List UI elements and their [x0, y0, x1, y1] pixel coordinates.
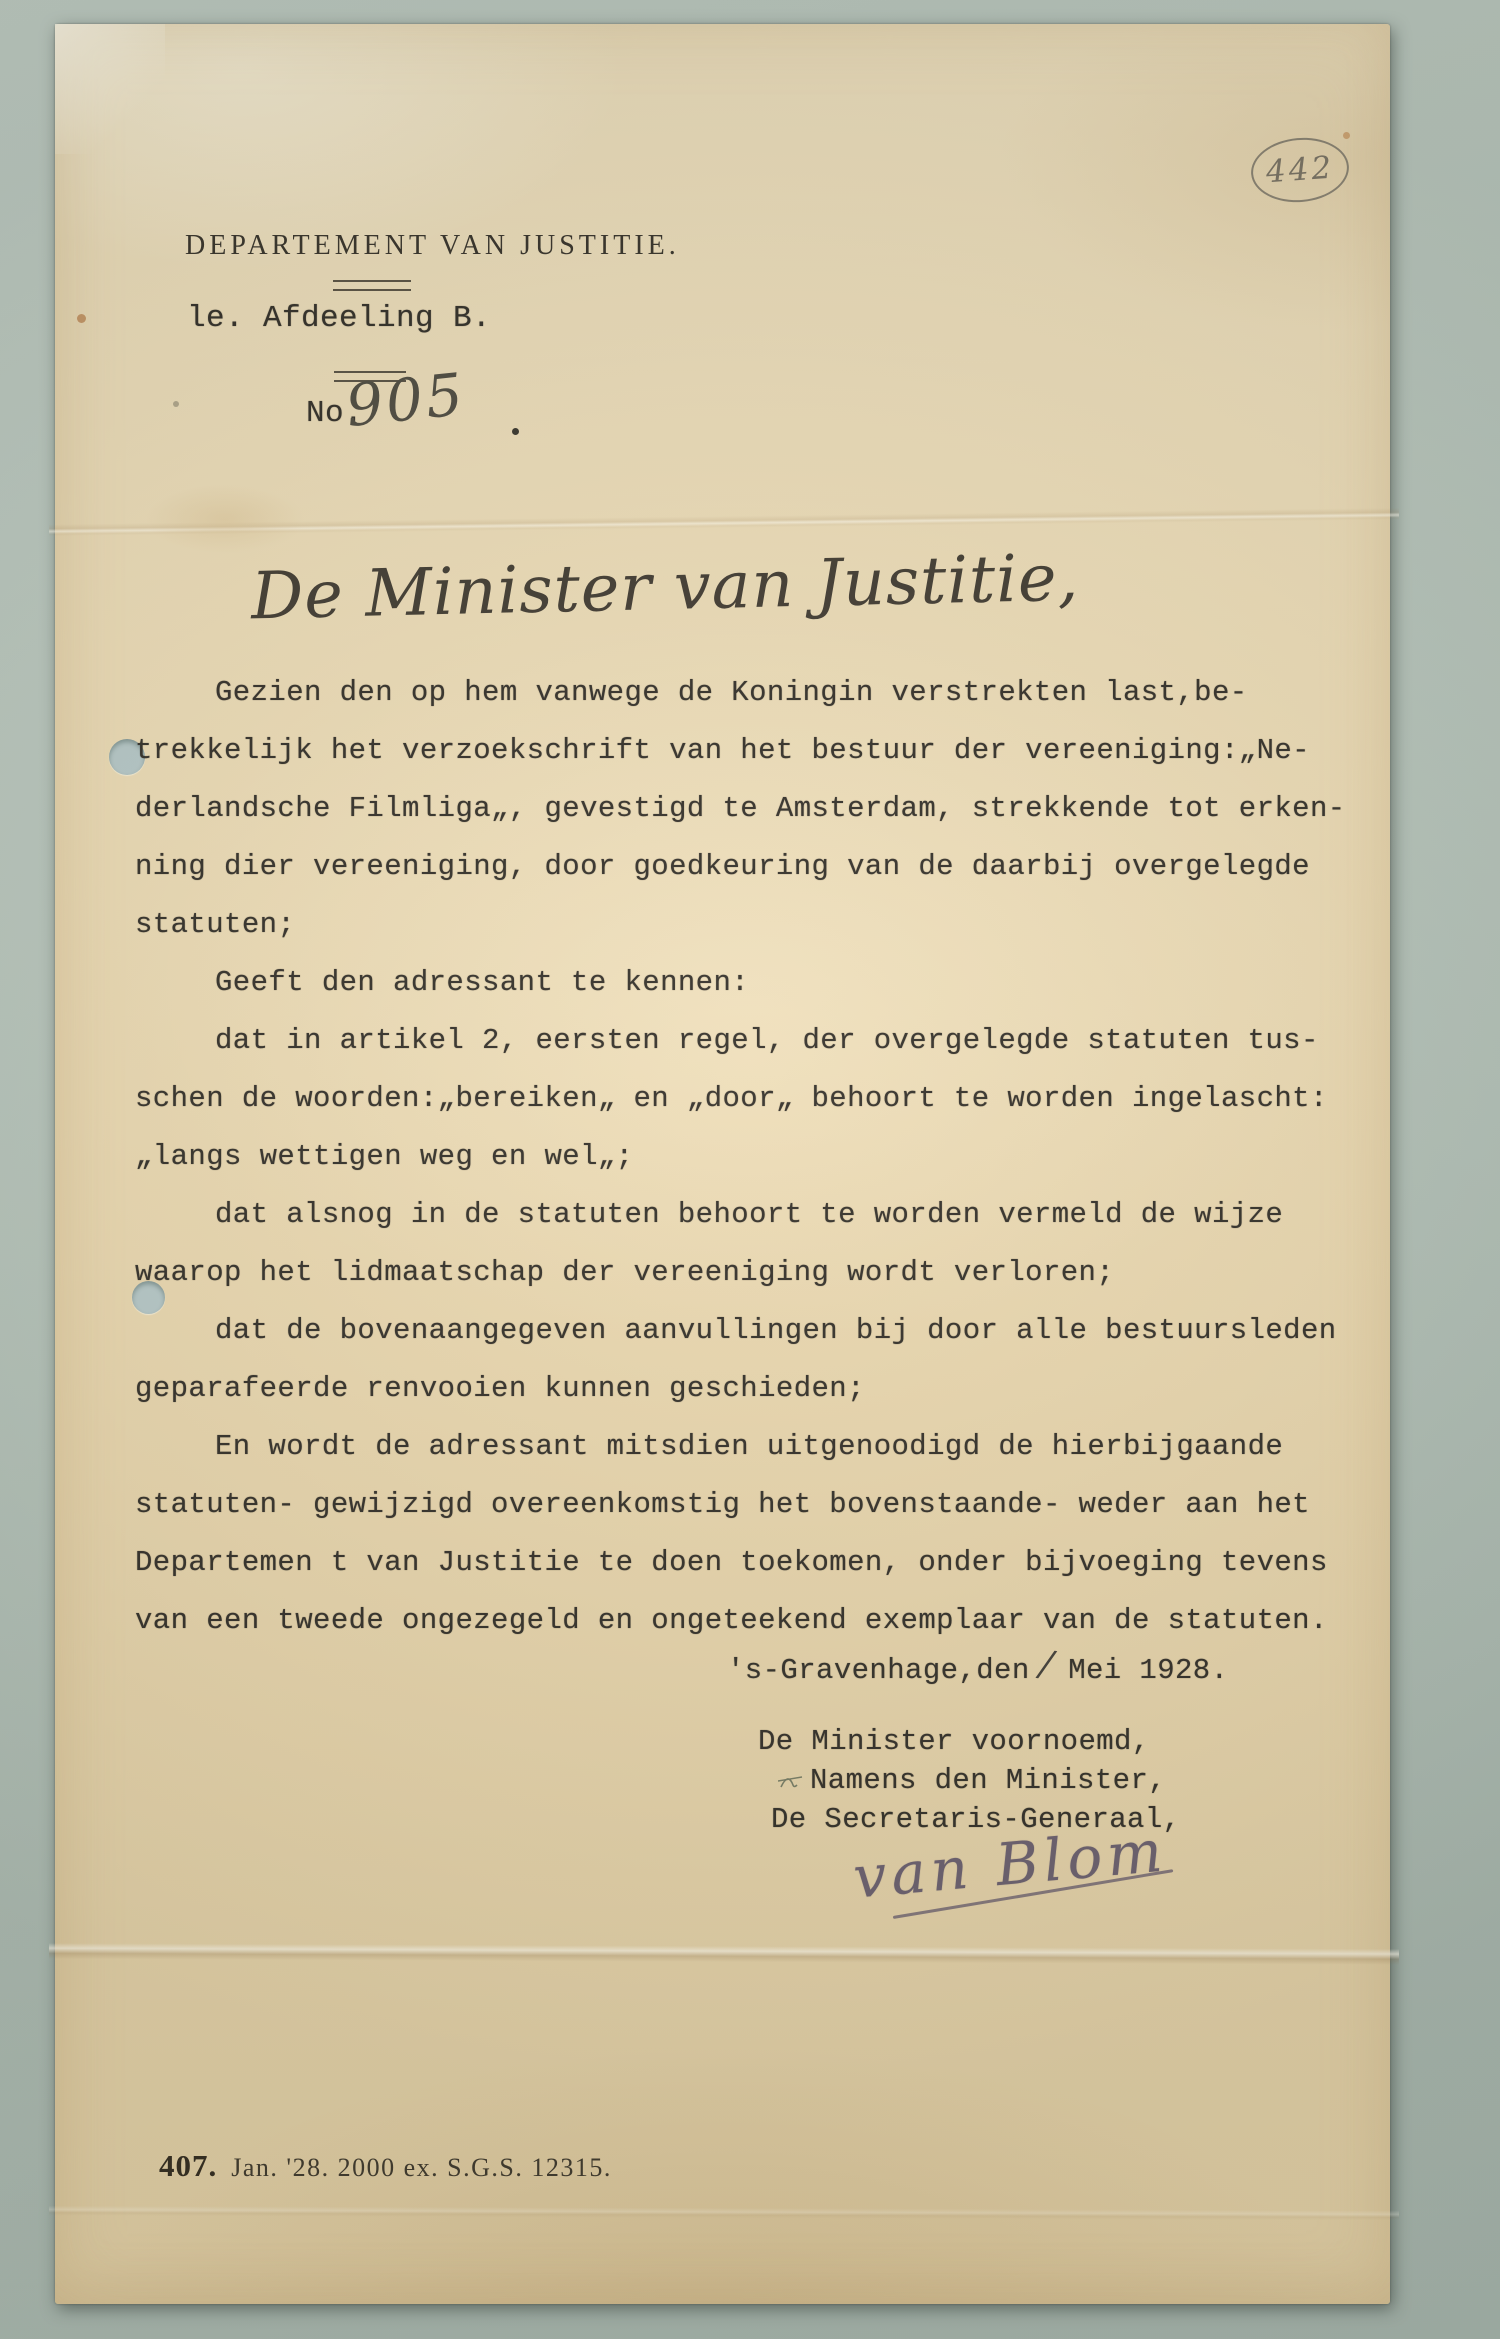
body-line: dat alsnog in de statuten behoort te wor… [135, 1186, 1385, 1244]
body-line: geparafeerde renvooien kunnen geschieden… [135, 1360, 1385, 1418]
salutation-title: De Minister van Justitie, [250, 541, 1080, 635]
body-line: Geeft den adressant te kennen: [135, 954, 1385, 1012]
body-line: Departemen t van Justitie te doen toekom… [135, 1534, 1385, 1592]
body-line: En wordt de adressant mitsdien uitgenood… [135, 1418, 1385, 1476]
dateline-month-year: Mei 1928. [1068, 1654, 1228, 1687]
body-line: statuten- gewijzigd overeenkomstig het b… [135, 1476, 1385, 1534]
dateline-place: 's-Gravenhage,den [727, 1654, 1030, 1687]
paper-crease-bottom [49, 2206, 1399, 2221]
body-line: van een tweede ongezegeld en ongeteekend… [135, 1592, 1385, 1650]
body-lines: Gezien den op hem vanwege de Koningin ve… [135, 664, 1385, 1650]
age-stain [173, 401, 179, 407]
archive-number: 442 [1265, 150, 1336, 191]
dateline-day-mark: / [1037, 1643, 1055, 1685]
closing-line-1: De Minister voornoemd, [758, 1722, 1180, 1761]
footer-form-number: 407. [159, 2148, 217, 2183]
body-line: dat in artikel 2, eersten regel, der ove… [135, 1012, 1385, 1070]
body-line: ning dier vereeniging, door goedkeuring … [135, 838, 1385, 896]
footer-print-info: Jan. '28. 2000 ex. S.G.S. 12315. [231, 2153, 612, 2182]
archive-number-circle: 442 [1248, 134, 1351, 206]
department-heading: DEPARTEMENT VAN JUSTITIE. [185, 230, 680, 262]
age-stain [77, 314, 86, 323]
body-line: „langs wettigen weg en wel„; [135, 1128, 1385, 1186]
body-line: Gezien den op hem vanwege de Koningin ve… [135, 664, 1385, 722]
paper-crease-fold [49, 1943, 1399, 1965]
ink-dot [512, 428, 519, 435]
body-line: statuten; [135, 896, 1385, 954]
body-line: schen de woorden:„bereiken„ en „door„ be… [135, 1070, 1385, 1128]
age-stain [145, 484, 305, 554]
scan-background: 442 DEPARTEMENT VAN JUSTITIE. le. Afdeel… [0, 0, 1500, 2339]
age-stain [1343, 132, 1350, 139]
case-number-handwritten: 905 [343, 360, 469, 440]
body-line: derlandsche Filmliga„, gevestigd te Amst… [135, 780, 1385, 838]
double-rule-top [333, 280, 411, 291]
footer-imprint: 407.Jan. '28. 2000 ex. S.G.S. 12315. [159, 2148, 612, 2184]
body-line: trekkelijk het verzoekschrift van het be… [135, 722, 1385, 780]
body-line: dat de bovenaangegeven aanvullingen bij … [135, 1302, 1385, 1360]
division-line: le. Afdeeling B. [187, 301, 491, 336]
closing-line-2-text: Namens den Minister, [810, 1764, 1166, 1797]
pencil-insertion-mark [778, 1770, 804, 1790]
paper-crease-top [49, 508, 1399, 536]
body-line: waarop het lidmaatschap der vereeniging … [135, 1244, 1385, 1302]
corner-fold [55, 24, 165, 154]
dateline: 's-Gravenhage,den/Mei 1928. [727, 1646, 1228, 1687]
letter-paper: 442 DEPARTEMENT VAN JUSTITIE. le. Afdeel… [55, 24, 1390, 2304]
closing-line-2: Namens den Minister, [758, 1761, 1180, 1800]
